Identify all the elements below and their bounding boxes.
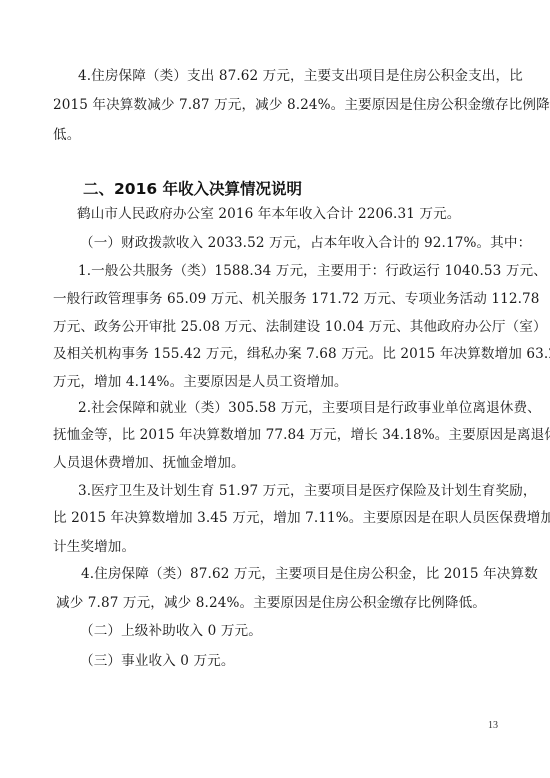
paragraph-line: （三）事业收入 0 万元。 [80,652,550,670]
document-page: 4.住房保障（类）支出 87.62 万元，主要支出项目是住房公积金支出，比 20… [0,0,550,778]
paragraph-line: 减少 7.87 万元，减少 8.24%。主要原因是住房公积金缴存比例降低。 [56,594,550,612]
paragraph-line: 一般行政管理事务 65.09 万元、机关服务 171.72 万元、专项业务活动 … [53,290,550,308]
paragraph-line: 2015 年决算数减少 7.87 万元，减少 8.24%。主要原因是住房公积金缴… [53,96,550,114]
paragraph-line: 鹤山市人民政府办公室 2016 年本年收入合计 2206.31 万元。 [77,205,550,223]
paragraph-line: 人员退休费增加、抚恤金增加。 [53,454,550,472]
paragraph-line: 比 2015 年决算数增加 3.45 万元，增加 7.11%。主要原因是在职人员… [53,509,550,527]
paragraph-line: 3.医疗卫生及计划生育 51.97 万元，主要项目是医疗保险及计划生育奖励， [78,482,550,500]
paragraph-line: 及相关机构事务 155.42 万元，缉私办案 7.68 万元。比 2015 年决… [53,345,550,363]
paragraph-line: （二）上级补助收入 0 万元。 [80,622,550,640]
paragraph-line: 2.社会保障和就业（类）305.58 万元，主要项目是行政事业单位离退休费、 [78,399,550,417]
paragraph-line: 计生奖增加。 [53,538,550,556]
section-heading: 二、2016 年收入决算情况说明 [83,179,302,199]
paragraph-line: 4.住房保障（类）87.62 万元，主要项目是住房公积金，比 2015 年决算数 [81,565,550,583]
paragraph-line: 万元，增加 4.14%。主要原因是人员工资增加。 [53,373,550,391]
paragraph-line: 低。 [53,126,550,144]
paragraph-line: 4.住房保障（类）支出 87.62 万元，主要支出项目是住房公积金支出，比 [78,67,550,85]
paragraph-line: 1.一般公共服务（类）1588.34 万元，主要用于：行政运行 1040.53 … [78,262,550,280]
page-number: 13 [488,720,498,731]
paragraph-line: 抚恤金等，比 2015 年决算数增加 77.84 万元，增长 34.18%。主要… [53,426,550,444]
paragraph-line: 万元、政务公开审批 25.08 万元、法制建设 10.04 万元、其他政府办公厅… [53,318,550,336]
paragraph-line: （一）财政拨款收入 2033.52 万元，占本年收入合计的 92.17%。其中： [80,234,550,252]
